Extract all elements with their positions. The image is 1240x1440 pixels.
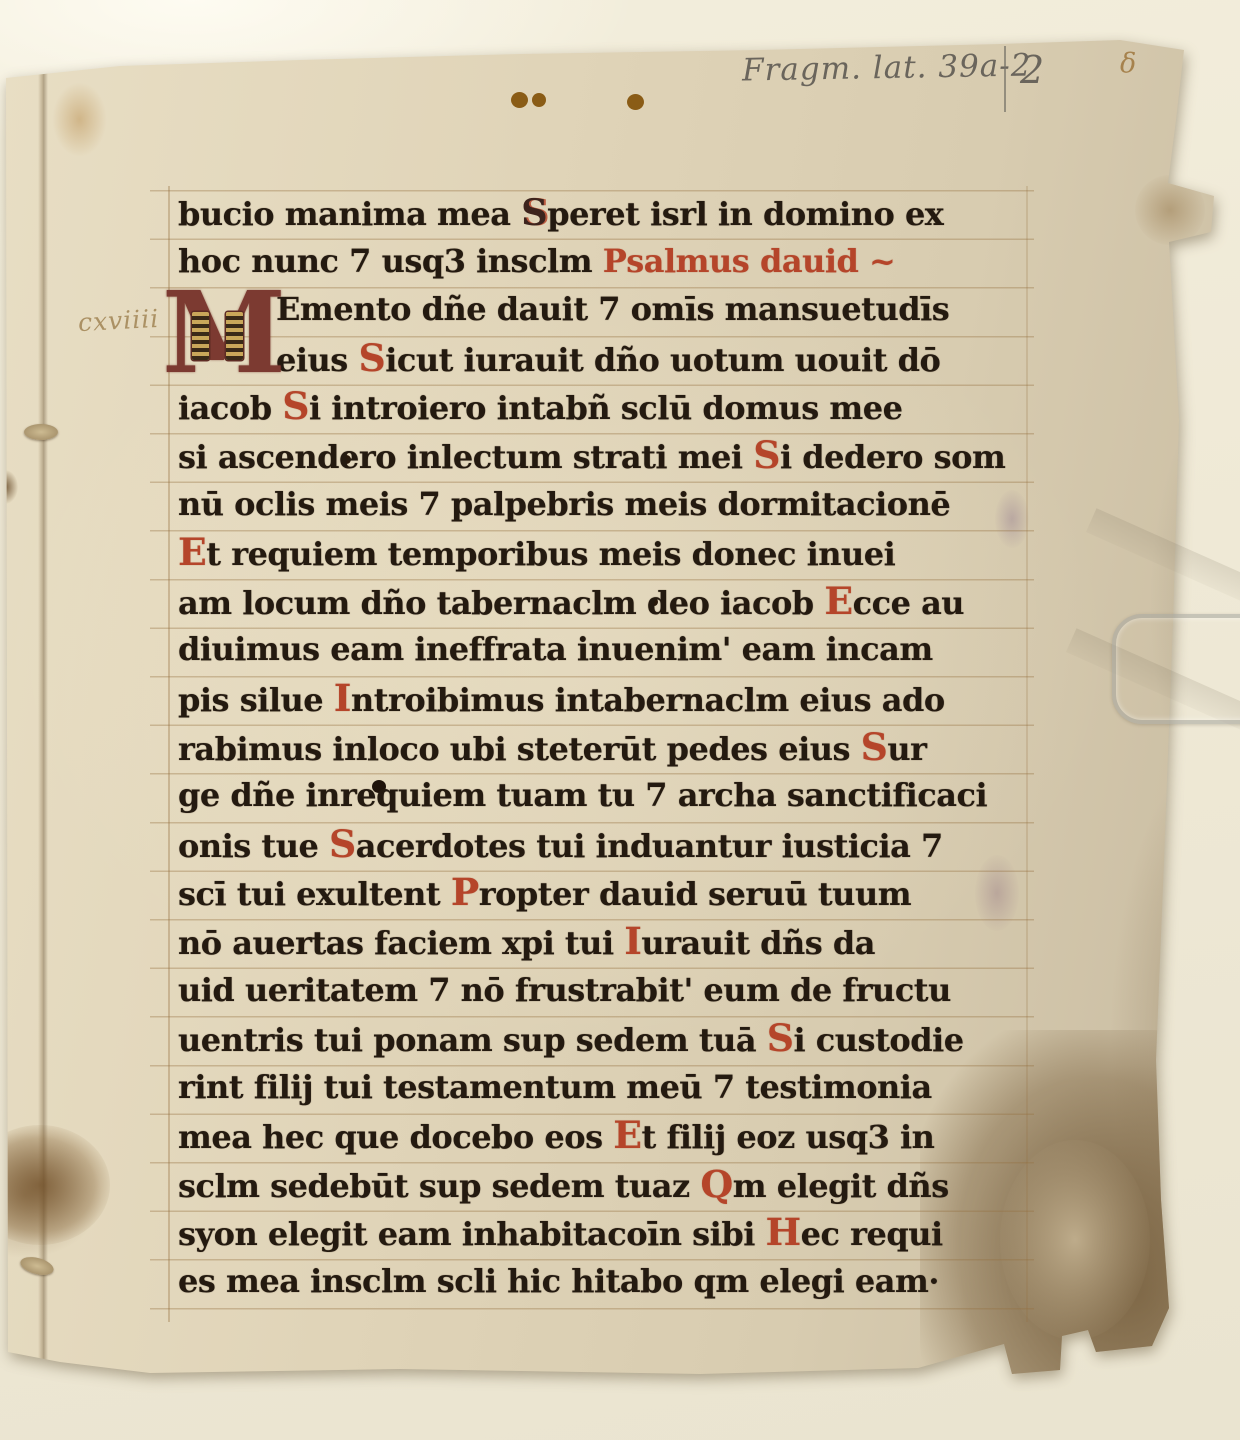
initial-ornament-panel (192, 312, 209, 360)
pencil-divider-line (1004, 46, 1006, 112)
versal-segment: I (334, 676, 351, 720)
stain (0, 1125, 110, 1245)
text-segment: am locum dño tabernaclm deo iacob (178, 584, 824, 622)
text-segment: urauit dñs da (641, 924, 875, 962)
text-segment: scī tui exultent (178, 875, 451, 913)
manuscript-line: bucio manima mea Speret isrl in domino e… (178, 190, 1028, 239)
manuscript-line: es mea insclm scli hic hitabo qm elegi e… (178, 1259, 1028, 1308)
manuscript-page-wrapper: bucio manima mea Speret isrl in domino e… (0, 0, 1240, 1440)
manuscript-line: rint filij tui testamentum meū 7 testimo… (178, 1065, 1028, 1114)
text-segment: i dedero som (780, 438, 1005, 476)
manuscript-line: Et requiem temporibus meis donec inuei (178, 530, 1028, 579)
manuscript-line: diuimus eam ineffrata inuenim' eam incam (178, 627, 1028, 676)
stain (52, 82, 107, 157)
binding-hole (532, 93, 546, 107)
manuscript-line: ge dñe inrequiem tuam tu 7 archa sanctif… (178, 773, 1028, 822)
manuscript-line: si ascendero inlectum strati mei Si dede… (178, 433, 1028, 482)
pencil-shelfmark: Fragm. lat. 39a-2 (742, 47, 1032, 88)
rubric-segment: Psalmus dauid ~ (603, 242, 896, 280)
text-segment: i custodie (794, 1021, 964, 1059)
manuscript-line: uentris tui ponam sup sedem tuā Si custo… (178, 1016, 1028, 1065)
versal-segment: E (613, 1113, 641, 1157)
text-segment: nū oclis meis 7 palpebris meis dormitaci… (178, 485, 950, 523)
versal-segment: S (861, 725, 888, 769)
text-segment: pis silue (178, 681, 334, 719)
text-segment: uid ueritatem 7 nō frustrabit' eum de fr… (178, 971, 951, 1009)
margin-psalm-number: cxviiii (77, 304, 160, 337)
photographed-backdrop: bucio manima mea Speret isrl in domino e… (0, 0, 1240, 1440)
versal-segment: S (767, 1016, 794, 1060)
text-segment: ec requi (801, 1215, 943, 1253)
versal-segment: S (329, 822, 356, 866)
text-segment: m elegit dñs (733, 1167, 949, 1205)
stain (1135, 175, 1205, 245)
manuscript-line: nō auertas faciem xpi tui Iurauit dñs da (178, 919, 1028, 968)
manuscript-line: onis tue Sacerdotes tui induantur iustic… (178, 822, 1028, 871)
text-segment: diuimus eam ineffrata inuenim' eam incam (178, 630, 933, 668)
parchment-page: bucio manima mea Speret isrl in domino e… (0, 0, 1240, 1440)
versal-segment: Q (700, 1162, 732, 1206)
text-segment: ur (887, 730, 926, 768)
manuscript-line: uid ueritatem 7 nō frustrabit' eum de fr… (178, 968, 1028, 1017)
manuscript-line: nū oclis meis 7 palpebris meis dormitaci… (178, 482, 1028, 531)
touched-segment: S (521, 190, 547, 234)
text-segment: peret isrl in domino ex (547, 195, 943, 233)
sewing-thong (24, 424, 58, 440)
initial-letter: M (162, 268, 286, 399)
text-segment: sclm sedebūt sup sedem tuaz (178, 1167, 700, 1205)
text-block: bucio manima mea Speret isrl in domino e… (178, 190, 1028, 1308)
plastic-mounting-clip (1112, 614, 1240, 724)
text-segment: bucio manima mea (178, 195, 521, 233)
versal-segment: S (282, 384, 309, 428)
manuscript-line: sclm sedebūt sup sedem tuaz Qm elegit dñ… (178, 1162, 1028, 1211)
text-segment: mea hec que docebo eos (178, 1118, 613, 1156)
pencil-folio-number: 2 (1020, 48, 1044, 92)
decorated-initial-M: M (162, 288, 274, 392)
text-segment: cce au (853, 584, 964, 622)
versal-segment: P (451, 870, 479, 914)
text-segment: ge dñe inrequiem tuam tu 7 archa sanctif… (178, 776, 987, 814)
manuscript-line: rabimus inloco ubi steterūt pedes eius S… (178, 725, 1028, 774)
manuscript-line: eius Sicut iurauit dño uotum uouit dō (178, 336, 1028, 385)
versal-segment: E (824, 579, 852, 623)
ink-blot (0, 470, 18, 504)
manuscript-line: Emento dñe dauit 7 omīs mansuetudīs (178, 287, 1028, 336)
text-segment: onis tue (178, 827, 329, 865)
text-segment: acerdotes tui induantur iusticia 7 (356, 827, 943, 865)
text-segment: uentris tui ponam sup sedem tuā (178, 1021, 767, 1059)
manuscript-line: iacob Si introiero intabñ sclū domus mee (178, 384, 1028, 433)
ink-letter-mark: δ (1120, 48, 1136, 79)
text-segment: t filij eoz usq3 in (642, 1118, 935, 1156)
text-segment: t requiem temporibus meis donec inuei (206, 535, 895, 573)
versal-segment: S (358, 336, 385, 380)
sewing-thong (19, 1254, 56, 1278)
versal-segment: E (178, 530, 206, 574)
text-segment: rint filij tui testamentum meū 7 testimo… (178, 1068, 932, 1106)
text-segment: icut iurauit dño uotum uouit dō (385, 341, 940, 379)
manuscript-line: scī tui exultent Propter dauid seruū tuu… (178, 870, 1028, 919)
text-segment: ropter dauid seruū tuum (479, 875, 911, 913)
text-segment: Emento dñe dauit 7 omīs mansuetudīs (276, 290, 949, 328)
text-segment: eius (276, 341, 358, 379)
text-segment: i introiero intabñ sclū domus mee (309, 389, 902, 427)
manuscript-line: pis silue Introibimus intabernaclm eius … (178, 676, 1028, 725)
manuscript-line: hoc nunc 7 usq3 insclm Psalmus dauid ~ (178, 239, 1028, 288)
initial-ornament-panel (226, 312, 243, 360)
manuscript-line: syon elegit eam inhabitacoīn sibi Hec re… (178, 1210, 1028, 1259)
text-segment: syon elegit eam inhabitacoīn sibi (178, 1215, 765, 1253)
text-segment: es mea insclm scli hic hitabo qm elegi e… (178, 1262, 939, 1300)
text-segment: rabimus inloco ubi steterūt pedes eius (178, 730, 861, 768)
text-segment: si ascendero inlectum strati mei (178, 438, 753, 476)
versal-segment: S (753, 433, 780, 477)
binding-hole (511, 92, 528, 108)
manuscript-line: am locum dño tabernaclm deo iacob Ecce a… (178, 579, 1028, 628)
text-segment: nō auertas faciem xpi tui (178, 924, 624, 962)
versal-segment: H (765, 1210, 800, 1254)
text-segment: ntroibimus intabernaclm eius ado (351, 681, 945, 719)
versal-segment: I (624, 919, 641, 963)
binding-hole (627, 94, 644, 110)
manuscript-line: mea hec que docebo eos Et filij eoz usq3… (178, 1113, 1028, 1162)
